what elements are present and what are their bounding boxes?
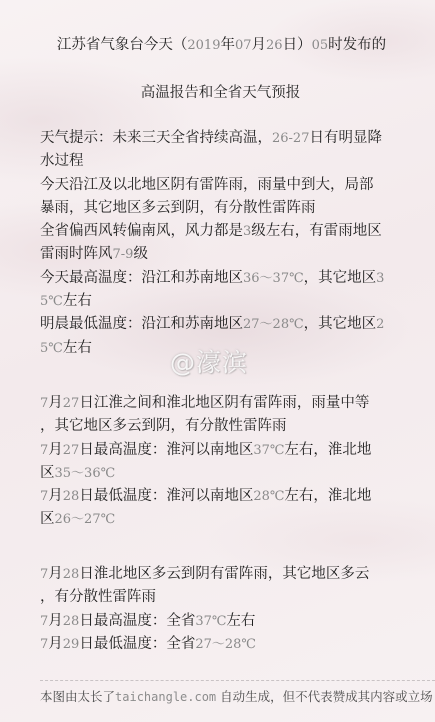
author-watermark: @濠滨 bbox=[170, 343, 248, 379]
text-line: 今天沿江及以北地区阴有雷阵雨，雨量中到大，局部 bbox=[40, 174, 402, 197]
text-line: 区35～36℃ bbox=[40, 462, 402, 485]
text-line: ，有分散性雷阵雨 bbox=[40, 586, 402, 609]
text-line: 7月28日最高温度：全省37℃左右 bbox=[40, 610, 402, 633]
section-jul28-forecast: 7月28日淮北地区多云到阴有雷阵雨，其它地区多云 ，有分散性雷阵雨 7月28日最… bbox=[40, 563, 402, 656]
text-line: 全省偏西风转偏南风，风力都是3级左右，有雷雨地区 bbox=[40, 220, 402, 243]
text-line: 区26～27℃ bbox=[40, 508, 402, 531]
text-line: 7月27日江淮之间和淮北地区阴有雷阵雨，雨量中等 bbox=[40, 392, 402, 415]
footer-attribution: 本图由太长了taichangle.com 自动生成，但不代表赞成其内容或立场 bbox=[40, 688, 433, 706]
text-line: 7月29日最低温度：全省27～28℃ bbox=[40, 633, 402, 656]
text-line: 天气提示：未来三天全省持续高温，26-27日有明显降 bbox=[40, 127, 402, 150]
text-line: 7月28日淮北地区多云到阴有雷阵雨，其它地区多云 bbox=[40, 563, 402, 586]
footer-suffix: 自动生成，但不代表赞成其内容或立场 bbox=[216, 689, 432, 704]
footer-site-link[interactable]: taichangle.com bbox=[115, 690, 216, 704]
document-title-line-2: 高温报告和全省天气预报 bbox=[0, 83, 435, 103]
text-line: 明晨最低温度：沿江和苏南地区27～28℃，其它地区2 bbox=[40, 313, 402, 336]
text-line: 7月28日最低温度：淮河以南地区28℃左右，淮北地 bbox=[40, 485, 402, 508]
section-today-forecast: 天气提示：未来三天全省持续高温，26-27日有明显降 水过程 今天沿江及以北地区… bbox=[40, 127, 402, 360]
text-line: 5℃左右 bbox=[40, 290, 402, 313]
text-line: 7月27日最高温度：淮河以南地区37℃左右，淮北地 bbox=[40, 439, 402, 462]
text-line: 雷雨时阵风7-9级 bbox=[40, 243, 402, 266]
document-title-line-1: 江苏省气象台今天（2019年07月26日）05时发布的 bbox=[0, 35, 435, 56]
text-line: 水过程 bbox=[40, 150, 402, 173]
section-jul27-forecast: 7月27日江淮之间和淮北地区阴有雷阵雨，雨量中等 ，其它地区多云到阴，有分散性雷… bbox=[40, 392, 402, 532]
footer-prefix: 本图由太长了 bbox=[40, 689, 115, 704]
footer-divider bbox=[40, 680, 435, 681]
text-line: 暴雨，其它地区多云到阴，有分散性雷阵雨 bbox=[40, 197, 402, 220]
text-line: 今天最高温度：沿江和苏南地区36～37℃，其它地区3 bbox=[40, 267, 402, 290]
text-line: ，其它地区多云到阴，有分散性雷阵雨 bbox=[40, 415, 402, 438]
